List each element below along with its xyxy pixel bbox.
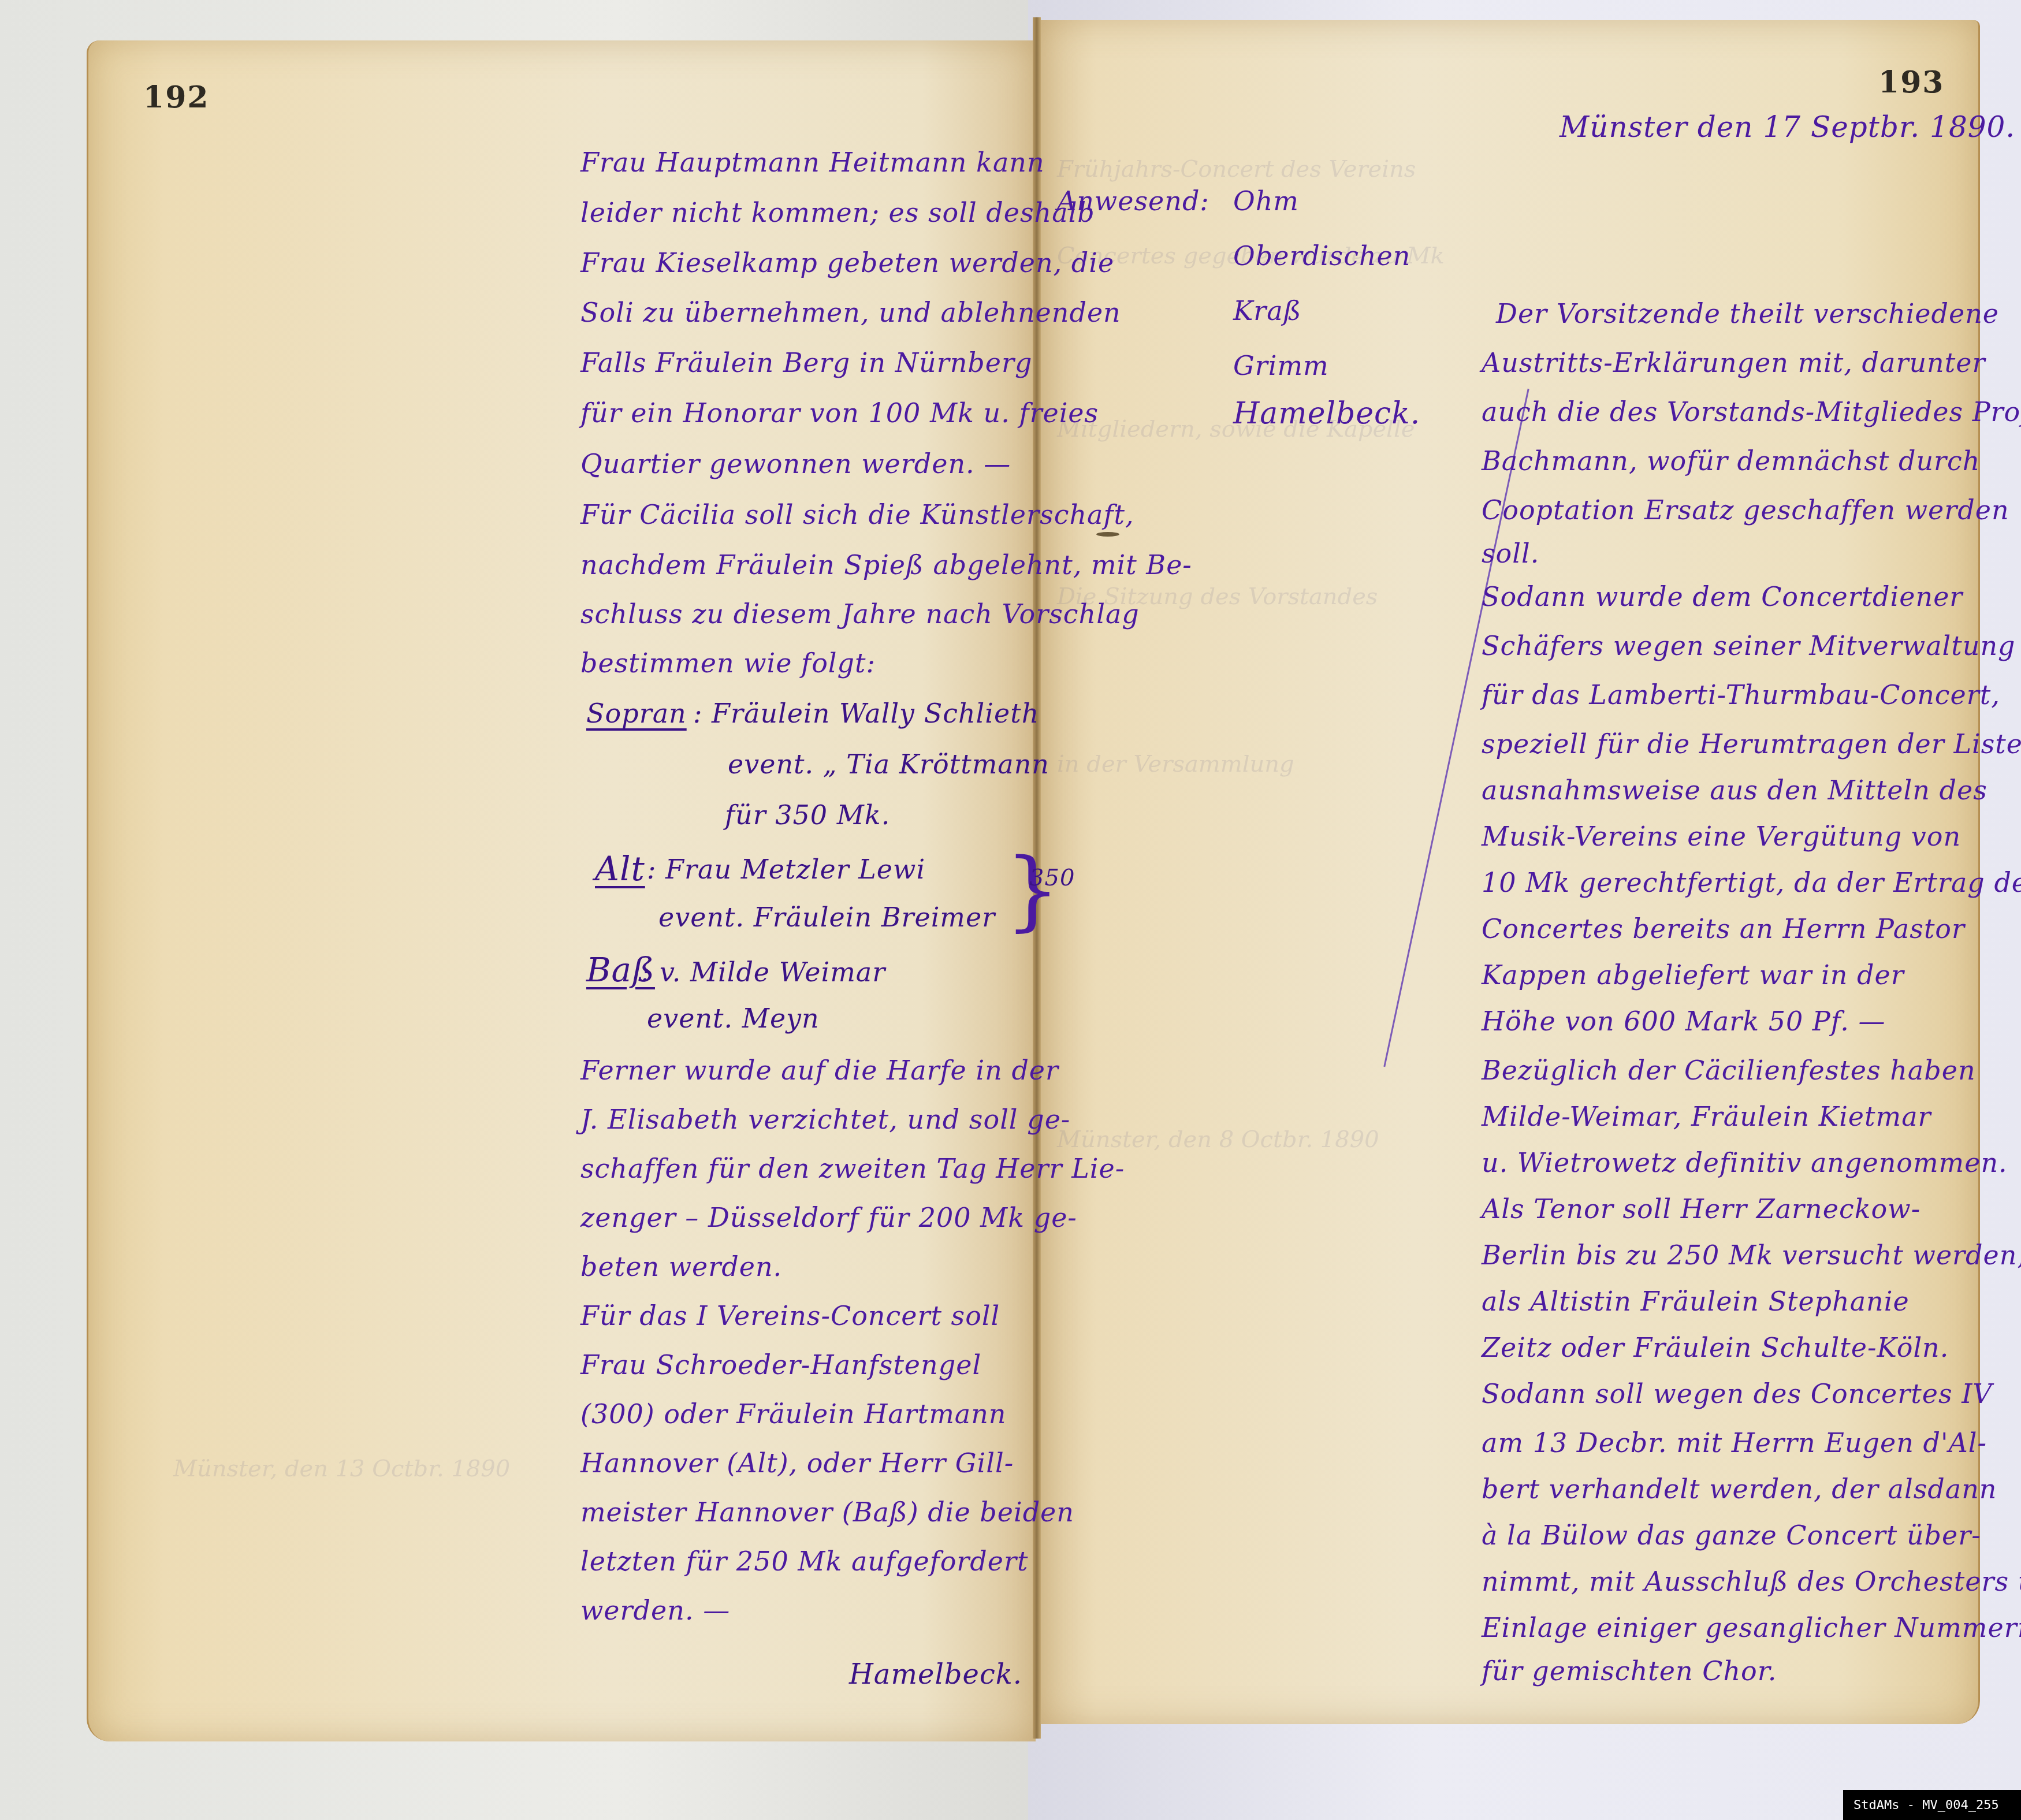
handwritten-line: Concertes bereits an Herrn Pastor — [1482, 915, 1965, 942]
handwritten-line: meister Hannover (Baß) die beiden — [580, 1499, 1074, 1525]
handwritten-line: speziell für die Herumtragen der Listen — [1482, 731, 2021, 757]
handwritten-line: Hannover (Alt), oder Herr Gill- — [580, 1450, 1014, 1476]
soloist-entry: : v. Milde Weimar — [641, 959, 885, 985]
handwritten-line: 10 Mk gerechtfertigt, da der Ertrag des — [1482, 869, 2021, 896]
handwritten-line: Quartier gewonnen werden. — — [580, 451, 1011, 477]
page-number-left: 192 — [143, 80, 210, 115]
ink-blot — [1096, 532, 1119, 537]
soloist-entry: : Fräulein Wally Schlieth — [693, 700, 1039, 727]
attendee-name: Hamelbeck. — [1233, 399, 1420, 429]
handwritten-line: Soli zu übernehmen, und ablehnenden — [580, 299, 1121, 326]
voice-label-sopran: Sopran — [586, 700, 687, 727]
attendee-name: Ohm — [1233, 188, 1299, 214]
soloist-alternate: event. Fräulein Breimer — [658, 904, 995, 931]
attendee-name: Oberdischen — [1233, 243, 1410, 269]
attendance-label: Anwesend: — [1057, 188, 1209, 214]
handwritten-line: schluss zu diesem Jahre nach Vorschlag — [580, 601, 1140, 627]
handwritten-line: Sodann wurde dem Concertdiener — [1482, 583, 1963, 610]
handwritten-line: Austritts-Erklärungen mit, darunter — [1482, 349, 1985, 376]
handwritten-line: Milde-Weimar, Fräulein Kietmar — [1482, 1103, 1931, 1130]
handwritten-line: Frau Hauptmann Heitmann kann — [580, 149, 1045, 176]
handwritten-line: für gemischten Chor. — [1482, 1658, 1777, 1684]
handwritten-line: Höhe von 600 Mark 50 Pf. — — [1482, 1008, 1885, 1034]
soloist-entry: : Frau Metzler Lewi — [647, 856, 925, 883]
handwritten-line: für das Lamberti-Thurmbau-Concert, — [1482, 682, 2000, 708]
handwritten-line: Für Cäcilia soll sich die Künstlerschaft… — [580, 501, 1134, 528]
soloist-fee: für 350 Mk. — [725, 802, 890, 828]
soloist-alternate: event. „ Tia Kröttmann — [728, 751, 1049, 777]
handwritten-line: am 13 Decbr. mit Herrn Eugen d'Al- — [1482, 1430, 1987, 1456]
page-number-right: 193 — [1878, 65, 1945, 100]
handwritten-line: Schäfers wegen seiner Mitverwaltung — [1482, 632, 2016, 659]
soloist-fee: 350 — [1029, 866, 1075, 889]
handwritten-line: Für das I Vereins-Concert soll — [580, 1302, 1000, 1329]
handwritten-line: Einlage einiger gesanglicher Nummern — [1482, 1614, 2021, 1641]
handwritten-line: nachdem Fräulein Spieß abgelehnt, mit Be… — [580, 552, 1192, 578]
handwritten-line: u. Wietrowetz definitiv angenommen. — [1482, 1149, 2008, 1176]
bleed-through-text: Münster, den 13 Octbr. 1890 — [173, 1456, 510, 1482]
handwritten-line: Musik-Vereins eine Vergütung von — [1482, 823, 1961, 850]
handwritten-line: werden. — — [580, 1597, 730, 1624]
bleed-through-text: Frühjahrs-Concert des Vereins — [1057, 156, 1416, 183]
handwritten-line: à la Bülow das ganze Concert über- — [1482, 1522, 1981, 1549]
bleed-through-text: in der Versammlung — [1057, 751, 1294, 777]
handwritten-line: Zeitz oder Fräulein Schulte-Köln. — [1482, 1334, 1949, 1361]
handwritten-line: soll. — [1482, 540, 1539, 567]
handwritten-line: Berlin bis zu 250 Mk versucht werden, — [1482, 1242, 2021, 1268]
handwritten-line: Falls Fräulein Berg in Nürnberg — [580, 349, 1032, 376]
handwritten-line: für ein Honorar von 100 Mk u. freies — [580, 400, 1099, 426]
handwritten-line: Frau Kieselkamp gebeten werden, die — [580, 250, 1114, 276]
handwritten-line: leider nicht kommen; es soll deshalb — [580, 199, 1095, 226]
handwritten-line: Kappen abgeliefert war in der — [1482, 962, 1904, 988]
handwritten-line: Als Tenor soll Herr Zarneckow- — [1482, 1196, 1920, 1222]
handwritten-line: Bachmann, wofür demnächst durch — [1482, 448, 1980, 474]
handwritten-line: beten werden. — [580, 1253, 782, 1280]
left-page — [87, 40, 1036, 1741]
meeting-date: Münster den 17 Septbr. 1890. — [1560, 113, 2015, 142]
handwritten-line: bestimmen wie folgt: — [580, 650, 876, 676]
soloist-alternate: event. Meyn — [647, 1005, 820, 1032]
handwritten-line: Frau Schroeder-Hanfstengel — [580, 1352, 981, 1378]
handwritten-line: J. Elisabeth verzichtet, und soll ge- — [580, 1106, 1070, 1133]
bleed-through-text: Münster, den 8 Octbr. 1890 — [1057, 1126, 1379, 1153]
handwritten-line: Sodann soll wegen des Concertes IV — [1482, 1380, 1993, 1407]
voice-label-alt: Alt — [595, 852, 645, 885]
handwritten-line: Ferner wurde auf die Harfe in der — [580, 1057, 1059, 1084]
handwritten-line: (300) oder Fräulein Hartmann — [580, 1401, 1006, 1427]
handwritten-line: Cooptation Ersatz geschaffen werden — [1482, 497, 2009, 523]
handwritten-line: bert verhandelt werden, der alsdann — [1482, 1476, 1997, 1502]
handwritten-line: Der Vorsitzende theilt verschiedene — [1496, 300, 1999, 327]
handwritten-line: nimmt, mit Ausschluß des Orchesters und — [1482, 1568, 2021, 1595]
handwritten-line: letzten für 250 Mk aufgefordert — [580, 1548, 1029, 1575]
handwritten-line: schaffen für den zweiten Tag Herr Lie- — [580, 1155, 1125, 1182]
attendee-name: Grimm — [1233, 352, 1329, 379]
handwritten-line: zenger – Düsseldorf für 200 Mk ge- — [580, 1204, 1077, 1231]
handwritten-line: ausnahmsweise aus den Mitteln des — [1482, 777, 1987, 803]
attendee-name: Kraß — [1233, 297, 1302, 324]
archive-reference-label: StdAMs - MV_004_255 — [1843, 1790, 2021, 1820]
handwritten-line: auch die des Vorstands-Mitgliedes Prof. — [1482, 399, 2021, 425]
handwritten-line: als Altistin Fräulein Stephanie — [1482, 1288, 1910, 1315]
handwritten-line: Bezüglich der Cäcilienfestes haben — [1482, 1057, 1976, 1084]
signature: Hamelbeck. — [849, 1661, 1022, 1688]
